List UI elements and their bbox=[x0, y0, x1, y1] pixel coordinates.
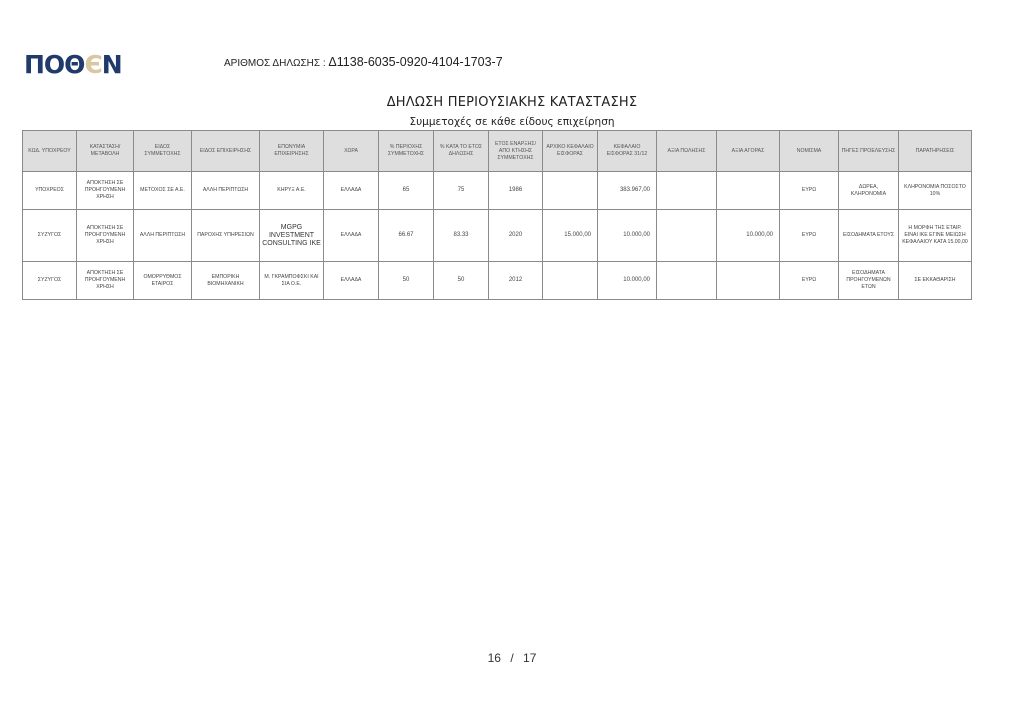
col-header: ΝΟΜΙΣΜΑ bbox=[780, 131, 839, 172]
cell: ΕΜΠΟΡΙΚΗ ΒΙΟΜΗΧΑΝΙΚΗ bbox=[192, 262, 260, 300]
cell: ΣΕ ΕΚΚΑΘΑΡΙΣΗ bbox=[899, 262, 972, 300]
cell: ΕΙΣΟΔΗΜΑΤΑ ΕΤΟΥΣ bbox=[839, 210, 899, 262]
cell: ΟΜΟΡΡΥΘΜΟΣ ΕΤΑΙΡΟΣ bbox=[134, 262, 192, 300]
cell: 66.67 bbox=[379, 210, 434, 262]
declaration-number: ΑΡΙΘΜΟΣ ΔΗΛΩΣΗΣ : Δ1138-6035-0920-4104-1… bbox=[224, 55, 503, 69]
cell: ΚΗΡΥΞ Α.Ε. bbox=[260, 172, 324, 210]
table-row: ΥΠΟΧΡΕΟΣ ΑΠΟΚΤΗΣΗ ΣΕ ΠΡΟΗΓΟΥΜΕΝΗ ΧΡΗΣΗ Μ… bbox=[23, 172, 972, 210]
col-header: % ΠΕΡΙΟΧΗΣ ΣΥΜΜΕΤΟΧΗΣ bbox=[379, 131, 434, 172]
cell: ΑΠΟΚΤΗΣΗ ΣΕ ΠΡΟΗΓΟΥΜΕΝΗ ΧΡΗΣΗ bbox=[77, 210, 134, 262]
cell: ΣΥΖΥΓΟΣ bbox=[23, 262, 77, 300]
logo-text-end: Ν bbox=[102, 50, 122, 79]
cell bbox=[657, 210, 717, 262]
cell: 83.33 bbox=[434, 210, 489, 262]
declaration-number-label: ΑΡΙΘΜΟΣ ΔΗΛΩΣΗΣ : bbox=[224, 58, 326, 69]
cell bbox=[717, 172, 780, 210]
cell: ΑΠΟΚΤΗΣΗ ΣΕ ΠΡΟΗΓΟΥΜΕΝΗ ΧΡΗΣΗ bbox=[77, 262, 134, 300]
cell: ΣΥΖΥΓΟΣ bbox=[23, 210, 77, 262]
cell: ΕΛΛΑΔΑ bbox=[324, 262, 379, 300]
cell: 10.000,00 bbox=[598, 262, 657, 300]
cell: ΑΛΛΗ ΠΕΡΙΠΤΩΣΗ bbox=[134, 210, 192, 262]
col-header: ΑΡΧΙΚΟ ΚΕΦΑΛΑΙΟ ΕΙΣΦΟΡΑΣ bbox=[543, 131, 598, 172]
cell bbox=[657, 172, 717, 210]
table-row: ΣΥΖΥΓΟΣ ΑΠΟΚΤΗΣΗ ΣΕ ΠΡΟΗΓΟΥΜΕΝΗ ΧΡΗΣΗ ΟΜ… bbox=[23, 262, 972, 300]
document-subtitle: Συμμετοχές σε κάθε είδους επιχείρηση bbox=[0, 116, 1024, 128]
cell bbox=[543, 172, 598, 210]
document-title: ΔΗΛΩΣΗ ΠΕΡΙΟΥΣΙΑΚΗΣ ΚΑΤΑΣΤΑΣΗΣ bbox=[0, 95, 1024, 110]
cell bbox=[657, 262, 717, 300]
logo-text-main: ΠΟΘ bbox=[24, 50, 84, 79]
pothen-logo: ΠΟΘЄΝ bbox=[24, 51, 122, 79]
cell: ΕΥΡΩ bbox=[780, 210, 839, 262]
cell: Η ΜΟΡΦΗ ΤΗΣ ΕΤΑΙΡ. ΕΙΝΑΙ ΙΚΕ ΕΓΙΝΕ ΜΕΙΩΣ… bbox=[899, 210, 972, 262]
cell: ΕΙΣΟΔΗΜΑΤΑ ΠΡΟΗΓΟΥΜΕΝΩΝ ΕΤΩΝ bbox=[839, 262, 899, 300]
total-pages: 17 bbox=[523, 651, 536, 665]
col-header: ΑΞΙΑ ΑΓΟΡΑΣ bbox=[717, 131, 780, 172]
col-header: ΚΑΤΑΣΤΑΣΗ/ ΜΕΤΑΒΟΛΗ bbox=[77, 131, 134, 172]
cell: ΕΥΡΩ bbox=[780, 262, 839, 300]
cell: ΕΛΛΑΔΑ bbox=[324, 210, 379, 262]
logo-text-accent: Є bbox=[84, 50, 101, 79]
cell: 2020 bbox=[489, 210, 543, 262]
col-header: ΑΞΙΑ ΠΩΛΗΣΗΣ bbox=[657, 131, 717, 172]
cell: ΥΠΟΧΡΕΟΣ bbox=[23, 172, 77, 210]
col-header: ΕΠΩΝΥΜΙΑ ΕΠΙΧΕΙΡΗΣΗΣ bbox=[260, 131, 324, 172]
cell: ΠΑΡΟΧΗΣ ΥΠΗΡΕΣΙΩΝ bbox=[192, 210, 260, 262]
cell: 383.967,00 bbox=[598, 172, 657, 210]
cell: ΑΛΛΗ ΠΕΡΙΠΤΩΣΗ bbox=[192, 172, 260, 210]
page-indicator: 16 / 17 bbox=[0, 651, 1024, 665]
current-page: 16 bbox=[488, 651, 501, 665]
cell: ΚΛΗΡΟΝΟΜΙΑ ΠΟΣΟΣΤΟ 10% bbox=[899, 172, 972, 210]
cell bbox=[543, 262, 598, 300]
cell: ΕΛΛΑΔΑ bbox=[324, 172, 379, 210]
cell: 75 bbox=[434, 172, 489, 210]
cell: 10.000,00 bbox=[598, 210, 657, 262]
page-separator: / bbox=[510, 651, 513, 665]
cell: ΑΠΟΚΤΗΣΗ ΣΕ ΠΡΟΗΓΟΥΜΕΝΗ ΧΡΗΣΗ bbox=[77, 172, 134, 210]
col-header: ΚΕΦΑΛΑΙΟ ΕΙΣΦΟΡΑΣ 31/12 bbox=[598, 131, 657, 172]
col-header: ΧΩΡΑ bbox=[324, 131, 379, 172]
cell: 65 bbox=[379, 172, 434, 210]
cell bbox=[717, 262, 780, 300]
cell: 1986 bbox=[489, 172, 543, 210]
cell: 10.000,00 bbox=[717, 210, 780, 262]
cell: Μ. ΓΚΡΑΜΠΟΦΣΚΙ ΚΑΙ ΣΙΑ Ο.Ε. bbox=[260, 262, 324, 300]
col-header: ΠΗΓΕΣ ΠΡΟΕΛΕΥΣΗΣ bbox=[839, 131, 899, 172]
cell: MGPG INVESTMENT CONSULTING IKE bbox=[260, 210, 324, 262]
cell: ΕΥΡΩ bbox=[780, 172, 839, 210]
col-header: ΠΑΡΑΤΗΡΗΣΕΙΣ bbox=[899, 131, 972, 172]
col-header: ΕΙΔΟΣ ΕΠΙΧΕΙΡΗΣΗΣ bbox=[192, 131, 260, 172]
col-header: ΕΤΟΣ ΕΝΑΡΞΗΣ/ΑΠΟ ΚΤΗΣΗΣ ΣΥΜΜΕΤΟΧΗΣ bbox=[489, 131, 543, 172]
table-header-row: ΚΩΔ. ΥΠΟΧΡΕΟΥ ΚΑΤΑΣΤΑΣΗ/ ΜΕΤΑΒΟΛΗ ΕΙΔΟΣ … bbox=[23, 131, 972, 172]
col-header: ΕΙΔΟΣ ΣΥΜΜΕΤΟΧΗΣ bbox=[134, 131, 192, 172]
table-row: ΣΥΖΥΓΟΣ ΑΠΟΚΤΗΣΗ ΣΕ ΠΡΟΗΓΟΥΜΕΝΗ ΧΡΗΣΗ ΑΛ… bbox=[23, 210, 972, 262]
participations-table: ΚΩΔ. ΥΠΟΧΡΕΟΥ ΚΑΤΑΣΤΑΣΗ/ ΜΕΤΑΒΟΛΗ ΕΙΔΟΣ … bbox=[22, 130, 972, 300]
cell: 50 bbox=[434, 262, 489, 300]
declaration-number-value: Δ1138-6035-0920-4104-1703-7 bbox=[328, 55, 502, 69]
cell: 50 bbox=[379, 262, 434, 300]
cell: 2012 bbox=[489, 262, 543, 300]
cell: ΔΩΡΕΑ, ΚΛΗΡΟΝΟΜΙΑ bbox=[839, 172, 899, 210]
col-header: % ΚΑΤΑ ΤΟ ΕΤΟΣ ΔΗΛΩΣΗΣ bbox=[434, 131, 489, 172]
cell: ΜΕΤΟΧΟΣ ΣΕ Α.Ε. bbox=[134, 172, 192, 210]
col-header: ΚΩΔ. ΥΠΟΧΡΕΟΥ bbox=[23, 131, 77, 172]
cell: 15.000,00 bbox=[543, 210, 598, 262]
